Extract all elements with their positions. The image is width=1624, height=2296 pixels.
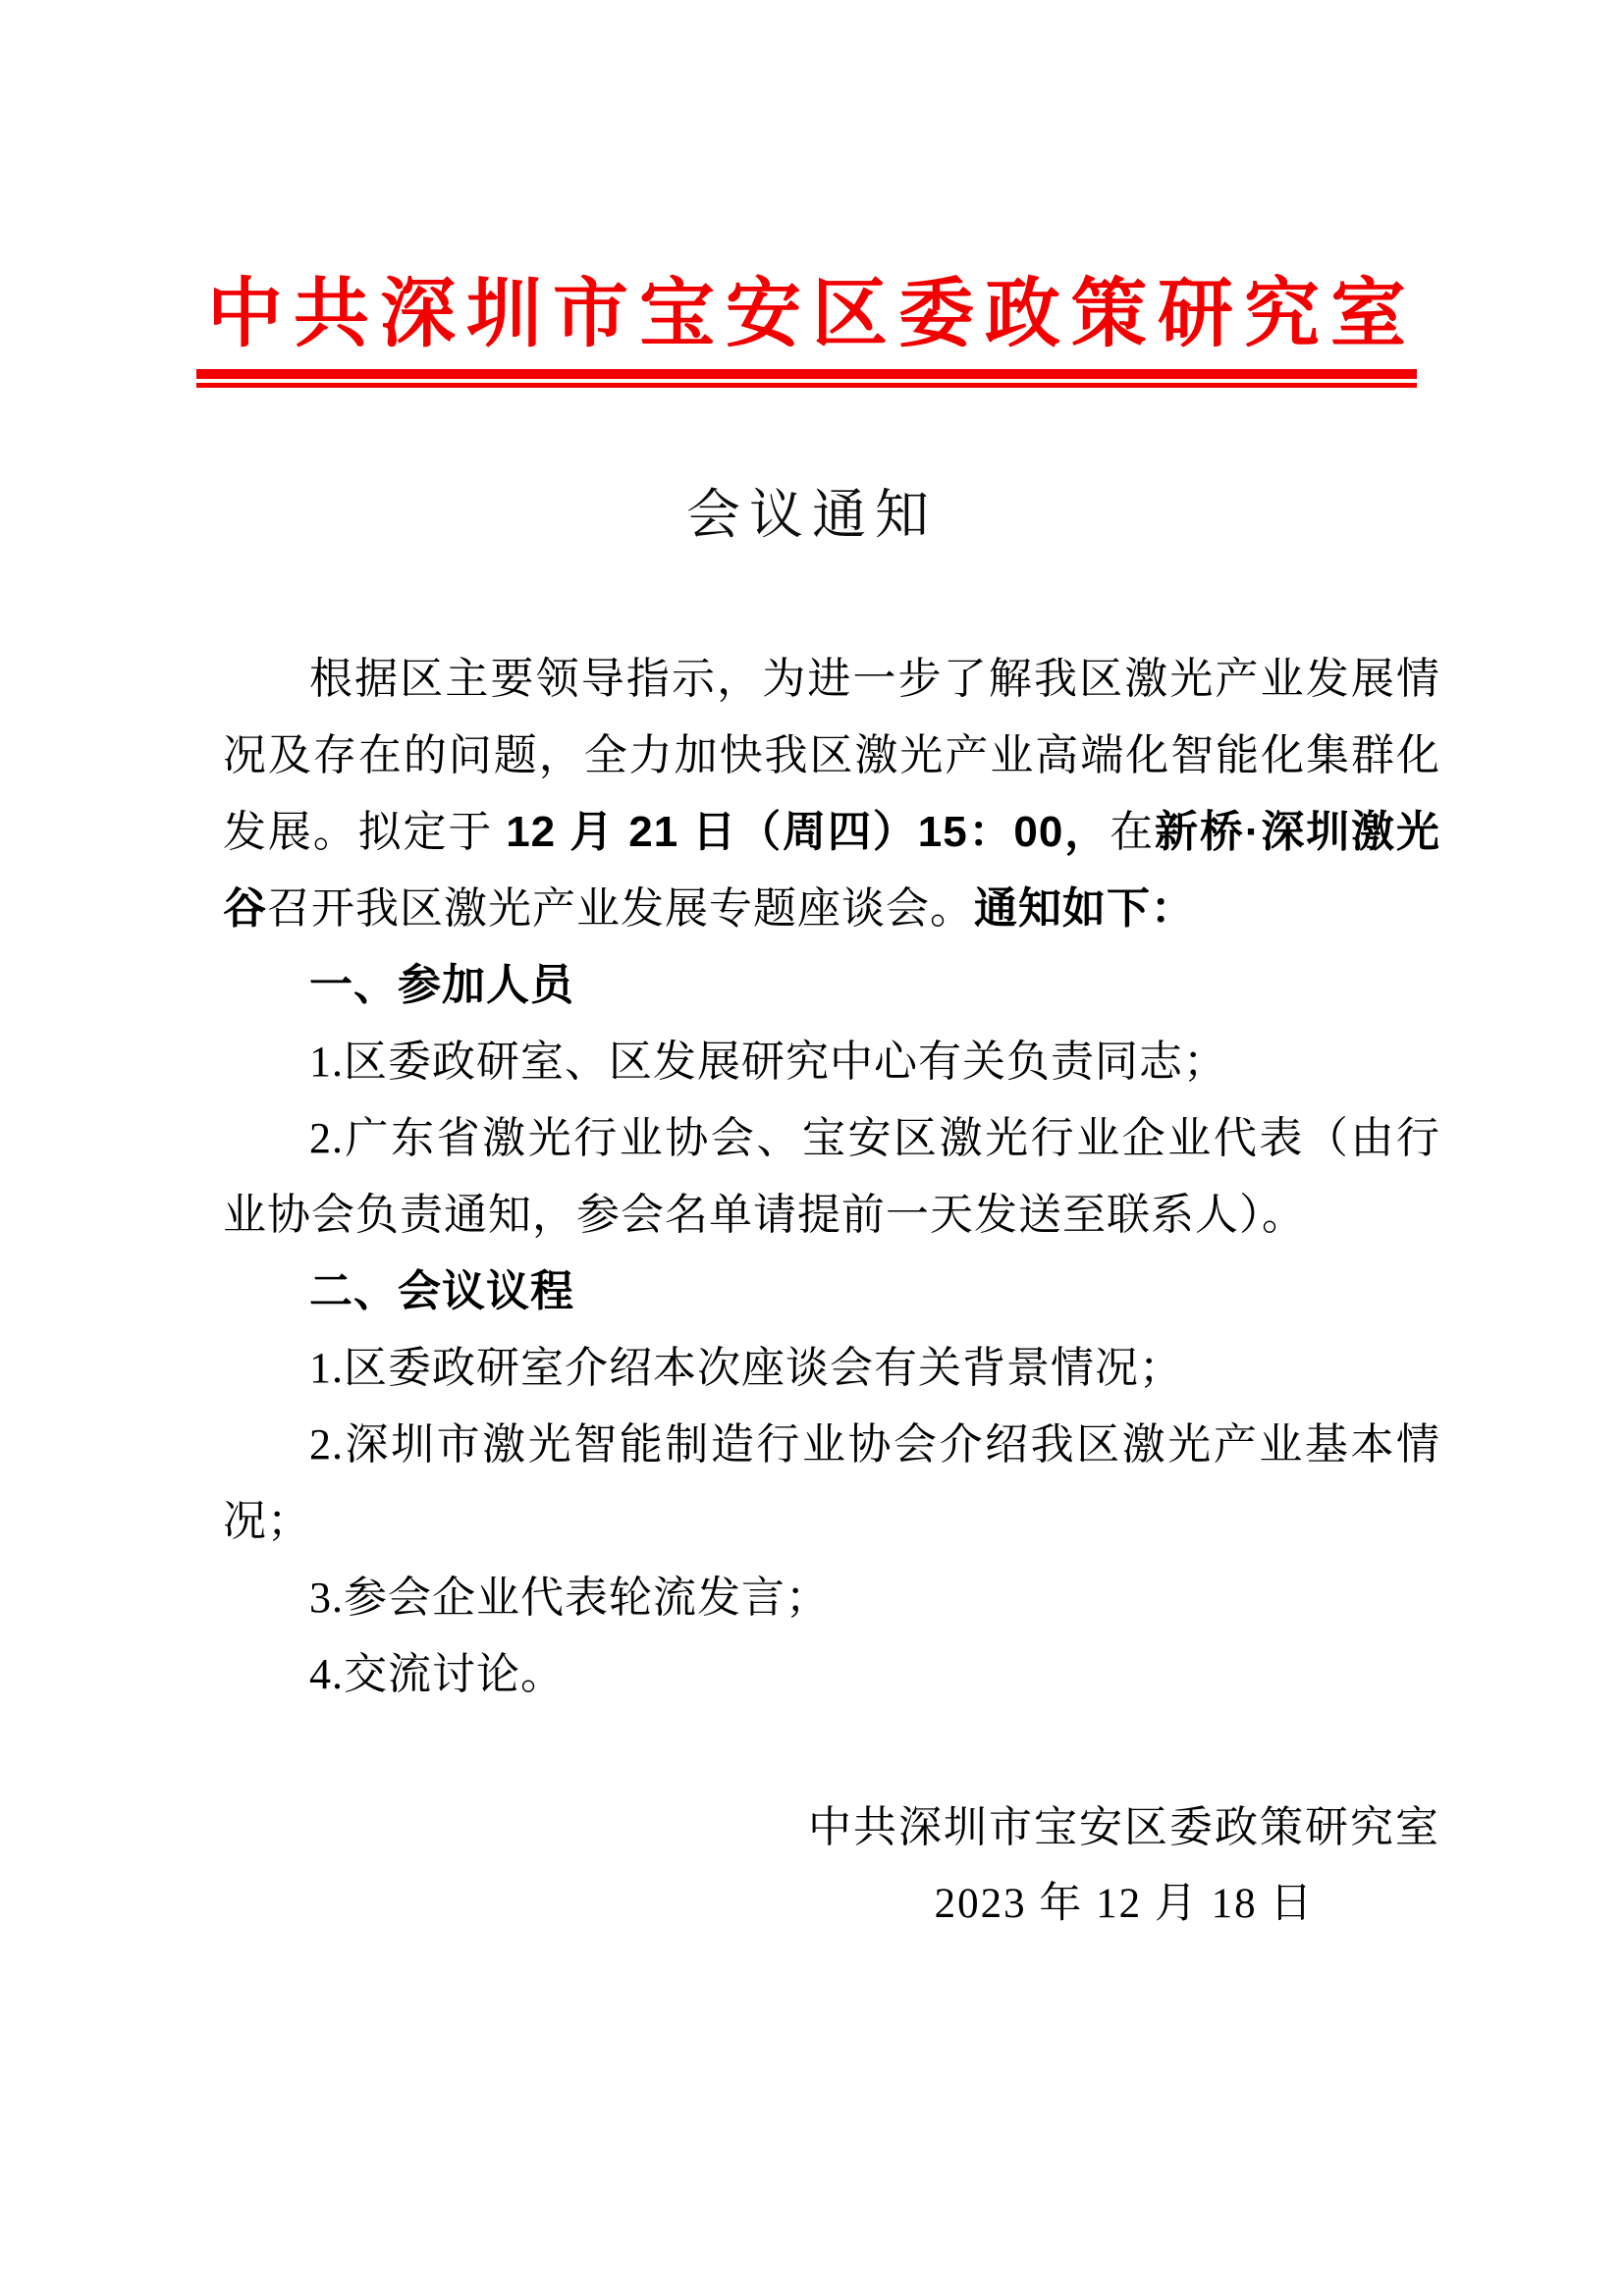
agenda-item-3: 3.参会企业代表轮流发言； — [223, 1560, 1440, 1636]
letterhead-rule-thick — [196, 369, 1417, 379]
signature-block: 中共深圳市宝安区委政策研究室 2023 年 12 月 18 日 — [223, 1789, 1440, 1943]
document-body: 根据区主要领导指示，为进一步了解我区激光产业发展情况及存在的问题，全力加快我区激… — [223, 641, 1440, 1943]
section-heading-participants: 一、参加人员 — [223, 947, 1440, 1024]
agenda-item-4: 4.交流讨论。 — [223, 1636, 1440, 1713]
document-page: 中共深圳市宝安区委政策研究室 会议通知 根据区主要领导指示，为进一步了解我区激光… — [0, 0, 1624, 2296]
letterhead-rule-thin — [196, 383, 1417, 388]
document-title: 会议通知 — [0, 483, 1624, 548]
paragraph-intro: 根据区主要领导指示，为进一步了解我区激光产业发展情况及存在的问题，全力加快我区激… — [223, 641, 1440, 947]
signature-inner: 中共深圳市宝安区委政策研究室 2023 年 12 月 18 日 — [808, 1789, 1440, 1943]
participants-item-1: 1.区委政研室、区发展研究中心有关负责同志； — [223, 1024, 1440, 1100]
intro-text-3: 召开我区激光产业发展专题座谈会。 — [267, 884, 974, 933]
notice-lead-in: 通知如下： — [974, 884, 1195, 933]
signature-org: 中共深圳市宝安区委政策研究室 — [808, 1789, 1440, 1866]
intro-text-2: 在 — [1110, 808, 1155, 856]
signature-date: 2023 年 12 月 18 日 — [808, 1866, 1440, 1943]
participants-item-2: 2.广东省激光行业协会、宝安区激光行业企业代表（由行业协会负责通知，参会名单请提… — [223, 1100, 1440, 1254]
section-heading-agenda: 二、会议议程 — [223, 1254, 1440, 1330]
letterhead-title: 中共深圳市宝安区委政策研究室 — [0, 273, 1624, 356]
meeting-datetime: 12 月 21 日（周四）15：00， — [506, 808, 1110, 856]
agenda-item-1: 1.区委政研室介绍本次座谈会有关背景情况； — [223, 1330, 1440, 1407]
agenda-item-2: 2.深圳市激光智能制造行业协会介绍我区激光产业基本情况； — [223, 1407, 1440, 1560]
